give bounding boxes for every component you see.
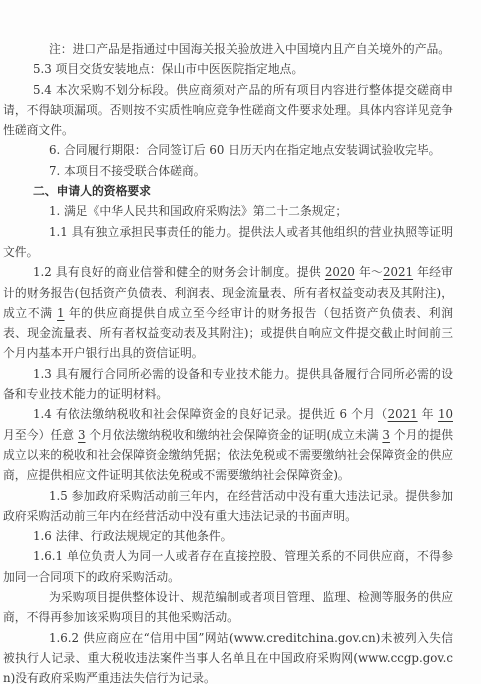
clause-1-1-civil-liability: 1.1 具有独立承担民事责任的能力。提供法人或者其他组织的营业执照等证明文件。	[3, 222, 453, 263]
text-run: 1.6.1 单位负责人为同一人或者存在直接控股、管理关系的不同供应商，不得参加同…	[3, 549, 453, 583]
underlined-value: 3	[382, 428, 390, 442]
text-run: 7. 本项目不接受联合体磋商。	[49, 164, 206, 178]
clause-1-3-equipment-capability: 1.3 具有履行合同所必需的设备和专业技术能力。提供具备履行合同所必需的设备和专…	[3, 364, 453, 405]
note-import-products: 注：进口产品是指通过中国海关报关验放进入中国境内且产自关境外的产品。	[3, 39, 453, 59]
clause-design-service-exclusion: 为采购项目提供整体设计、规范编制或者项目管理、监理、检测等服务的供应商，不得再参…	[3, 587, 453, 628]
clause-1-5-no-major-violations: 1.5 参加政府采购活动前三年内，在经营活动中没有重大违法记录。提供参加政府采购…	[3, 486, 453, 527]
document-content: 注：进口产品是指通过中国海关报关验放进入中国境内且产自关境外的产品。5.3 项目…	[3, 39, 453, 684]
underlined-value: 10	[438, 407, 453, 421]
text-run: 二、申请人的资格要求	[33, 184, 151, 198]
clause-1-6-1-same-responsible-person: 1.6.1 单位负责人为同一人或者存在直接控股、管理关系的不同供应商，不得参加同…	[3, 546, 453, 587]
text-run: 1.5 参加政府采购活动前三年内，在经营活动中没有重大违法记录。提供参加政府采购…	[3, 489, 453, 523]
underlined-value: 2020	[325, 265, 355, 279]
text-run: 年的供应商提供自成立至今经审计的财务报告（包括资产负债表、利润表、现金流量表、所…	[3, 306, 453, 361]
clause-1-4-tax-social-security: 1.4 有依法缴纳税收和社会保障资金的良好记录。提供近 6 个月（2021 年 …	[3, 404, 453, 485]
underlined-value: 2021	[388, 407, 418, 421]
underlined-value: 2021	[383, 265, 413, 279]
clause-1-law-article-22: 1. 满足《中华人民共和国政府采购法》第二十二条规定；	[3, 201, 453, 221]
text-run: 1. 满足《中华人民共和国政府采购法》第二十二条规定；	[49, 204, 347, 218]
clause-7-no-consortium: 7. 本项目不接受联合体磋商。	[3, 161, 453, 181]
document-page: 注：进口产品是指通过中国海关报关验放进入中国境内且产自关境外的产品。5.3 项目…	[0, 0, 481, 684]
text-run: 1.1 具有独立承担民事责任的能力。提供法人或者其他组织的营业执照等证明文件。	[3, 225, 453, 259]
clause-1-6-2-credit-china-records: 1.6.2 供应商应在“信用中国”网站(www.creditchina.gov.…	[3, 628, 453, 684]
text-run: 5.3 项目交货安装地点：保山市中医医院指定地点。	[33, 62, 303, 76]
text-run: 为采购项目提供整体设计、规范编制或者项目管理、监理、检测等服务的供应商，不得再参…	[3, 590, 453, 624]
text-run: 1.3 具有履行合同所必需的设备和专业技术能力。提供具备履行合同所必需的设备和专…	[3, 367, 453, 401]
text-run: 1.6 法律、行政法规规定的其他条件。	[33, 529, 232, 543]
heading-applicant-qualification-requirements: 二、申请人的资格要求	[3, 181, 453, 201]
text-run: 6. 合同履行期限：合同签订后 60 日历天内在指定地点安装调试验收完毕。	[49, 143, 440, 157]
text-run: 5.4 本次采购不划分标段。供应商须对产品的所有项目内容进行整体提交磋商申请，不…	[3, 83, 453, 138]
underlined-value: 3	[78, 428, 86, 442]
clause-1-2-financial-reports: 1.2 具有良好的商业信誉和健全的财务会计制度。提供 2020 年～2021 年…	[3, 262, 453, 363]
clause-6-contract-performance-period: 6. 合同履行期限：合同签订后 60 日历天内在指定地点安装调试验收完毕。	[3, 140, 453, 160]
text-run: 1.6.2 供应商应在“信用中国”网站(www.creditchina.gov.…	[3, 631, 453, 684]
text-run: 1.2 具有良好的商业信誉和健全的财务会计制度。提供	[33, 265, 325, 279]
text-run: 月至今）任意	[3, 428, 78, 442]
text-run: 个月依法缴纳税收和缴纳社会保障资金的证明(成立未满	[86, 428, 383, 442]
clause-5-4-no-lot-division: 5.4 本次采购不划分标段。供应商须对产品的所有项目内容进行整体提交磋商申请，不…	[3, 80, 453, 141]
clause-1-6-other-legal-conditions: 1.6 法律、行政法规规定的其他条件。	[3, 526, 453, 546]
text-run: 年	[418, 407, 438, 421]
clause-5-3-delivery-location: 5.3 项目交货安装地点：保山市中医医院指定地点。	[3, 59, 453, 79]
text-run: 注：进口产品是指通过中国海关报关验放进入中国境内且产自关境外的产品。	[49, 42, 450, 56]
text-run: 1.4 有依法缴纳税收和社会保障资金的良好记录。提供近 6 个月（	[33, 407, 388, 421]
underlined-value: 1	[57, 306, 65, 320]
text-run: 年～	[355, 265, 383, 279]
